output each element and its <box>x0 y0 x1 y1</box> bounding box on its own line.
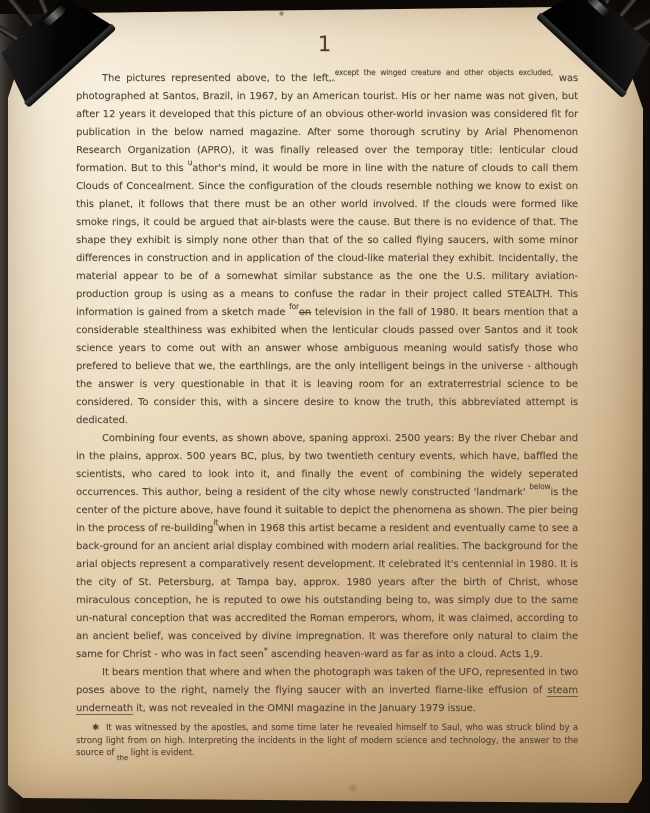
footnote: ✱ It was witnessed by the apostles, and … <box>76 722 578 760</box>
document-body: The pictures represented above, to the l… <box>76 70 578 760</box>
paragraph-2-text: ascending heaven-ward as far as into a c… <box>271 649 543 660</box>
footnote-bullet: ✱ <box>92 723 99 733</box>
paragraph-3-text: it, was not revealed in the OMNI magazin… <box>136 703 476 714</box>
paper-speck <box>278 10 285 17</box>
paragraph-1-text: was photographed at Santos, Brazil, in 1… <box>76 73 578 174</box>
inserted-word: it <box>213 518 218 527</box>
footnote-asterisk: * <box>264 646 268 655</box>
paper-stain <box>346 782 360 794</box>
document-page: 1 The pictures represented above, to the… <box>6 4 644 805</box>
paragraph-2-text: when in 1968 this artist became a reside… <box>76 523 578 660</box>
page-number: 1 <box>6 32 644 56</box>
inserted-annotation: except the winged creature and other obj… <box>335 68 553 77</box>
paragraph-1-text: athor's mind, it would be more in line w… <box>76 163 578 318</box>
inserted-word: below <box>529 482 550 491</box>
struck-word: on <box>299 307 311 318</box>
footnote-text: light is evident. <box>131 748 195 758</box>
inserted-word: for <box>289 302 299 311</box>
paragraph-1-text: The pictures represented above, to the l… <box>102 73 332 84</box>
paragraph-2-text: Combining four events, as shown above, s… <box>76 433 578 498</box>
paragraph-3: It bears mention that where and when the… <box>76 664 578 718</box>
paragraph-1-text: television in the fall of 1980. It bears… <box>76 307 578 426</box>
paragraph-1: The pictures represented above, to the l… <box>76 70 578 430</box>
paragraph-3-text: It bears mention that where and when the… <box>76 667 578 696</box>
inserted-word: the <box>117 754 128 762</box>
inserted-letter: u <box>188 158 193 167</box>
photograph-of-document: 1 The pictures represented above, to the… <box>0 0 650 813</box>
paragraph-2: Combining four events, as shown above, s… <box>76 430 578 664</box>
